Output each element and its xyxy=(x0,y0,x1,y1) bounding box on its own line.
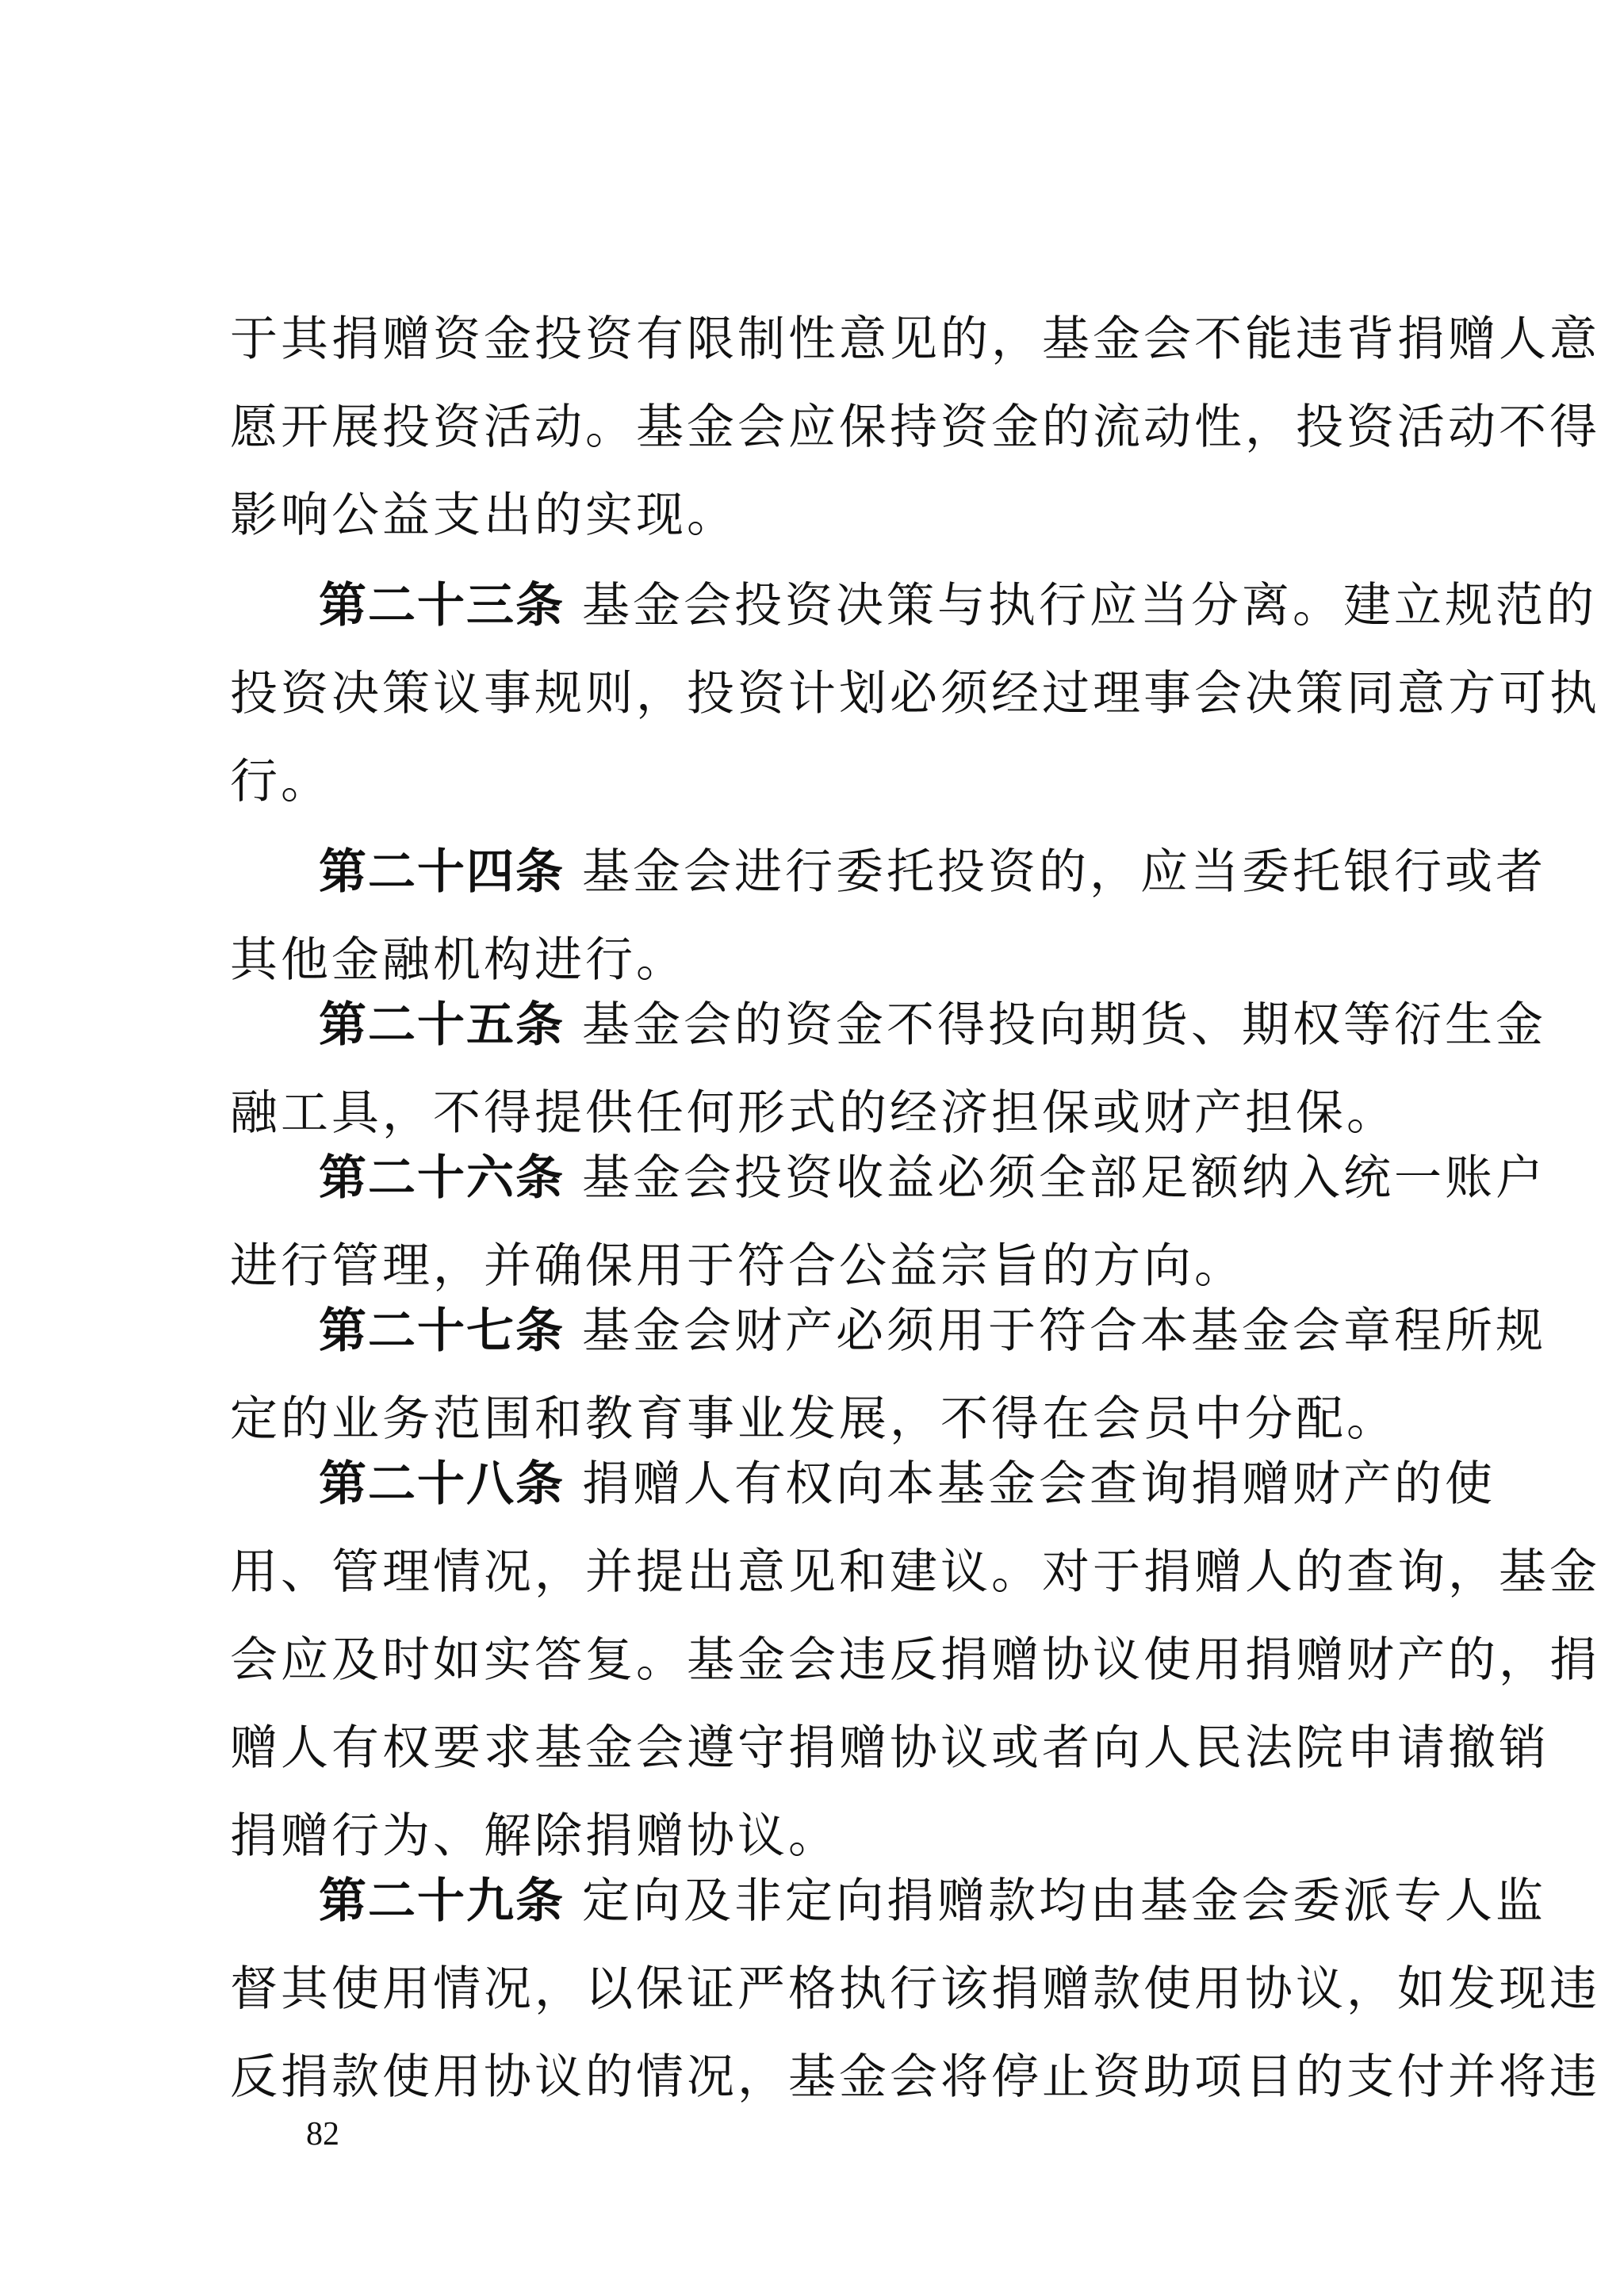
document-page: 于其捐赠资金投资有限制性意见的，基金会不能违背捐赠人意 愿开展投资活动。基金会应… xyxy=(0,0,1624,2296)
article-number: 第二十六条 xyxy=(319,1150,565,1206)
line-text: 愿开展投资活动。基金会应保持资金的流动性，投资活动不得 xyxy=(230,400,1600,455)
line-text: 其他金融机构进行。 xyxy=(230,932,687,988)
line-text: 反捐款使用协议的情况，基金会将停止资助项目的支付并将违 xyxy=(230,2049,1600,2105)
line-text: 定的业务范围和教育事业发展，不得在会员中分配。 xyxy=(230,1391,1397,1447)
line-text: 赠人有权要求基金会遵守捐赠协议或者向人民法院申请撤销 xyxy=(230,1720,1549,1776)
line-text: 基金会财产必须用于符合本基金会章程所规 xyxy=(582,1303,1546,1359)
article-number: 第二十四条 xyxy=(319,844,565,900)
article-27-heading-line: 第二十七条基金会财产必须用于符合本基金会章程所规 xyxy=(230,1293,1404,1369)
line-text: 投资决策议事规则，投资计划必须经过理事会决策同意方可执 xyxy=(230,666,1600,721)
article-number: 第二十七条 xyxy=(319,1303,565,1359)
article-24-heading-line: 第二十四条基金会进行委托投资的，应当委托银行或者 xyxy=(230,834,1404,910)
article-23-heading-line: 第二十三条基金会投资决策与执行应当分离。建立规范的 xyxy=(230,568,1404,644)
line-text: 督其使用情况，以保证严格执行该捐赠款使用协议，如发现违 xyxy=(230,1961,1600,2017)
text-line: 会应及时如实答复。基金会违反捐赠协议使用捐赠财产的，捐 xyxy=(230,1622,1404,1698)
line-text: 进行管理，并确保用于符合公益宗旨的方向。 xyxy=(230,1238,1245,1294)
line-text: 于其捐赠资金投资有限制性意见的，基金会不能违背捐赠人意 xyxy=(230,312,1600,367)
line-text: 影响公益支出的实现。 xyxy=(230,488,737,543)
line-text: 会应及时如实答复。基金会违反捐赠协议使用捐赠财产的，捐 xyxy=(230,1632,1600,1688)
page-number: 82 xyxy=(306,2115,339,2153)
text-line: 督其使用情况，以保证严格执行该捐赠款使用协议，如发现违 xyxy=(230,1951,1404,2027)
line-text: 行。 xyxy=(230,754,331,809)
article-28-heading-line: 第二十八条捐赠人有权向本基金会查询捐赠财产的使 xyxy=(230,1446,1404,1522)
line-text: 融工具，不得提供任何形式的经济担保或财产担保。 xyxy=(230,1085,1397,1141)
line-text: 基金会投资决策与执行应当分离。建立规范的 xyxy=(582,578,1597,633)
article-26-heading-line: 第二十六条基金会投资收益必须全部足额纳入统一账户 xyxy=(230,1140,1404,1216)
text-line: 投资决策议事规则，投资计划必须经过理事会决策同意方可执 xyxy=(230,656,1404,732)
line-text: 基金会的资金不得投向期货、期权等衍生金 xyxy=(582,997,1546,1053)
article-number: 第二十九条 xyxy=(319,1873,565,1929)
article-29-heading-line: 第二十九条定向及非定向捐赠款均由基金会委派专人监 xyxy=(230,1863,1404,1939)
text-line: 用、管理情况，并提出意见和建议。对于捐赠人的查询，基金 xyxy=(230,1534,1404,1610)
line-text: 基金会投资收益必须全部足额纳入统一账户 xyxy=(582,1150,1546,1206)
text-line: 行。 xyxy=(230,744,1404,820)
text-line: 于其捐赠资金投资有限制性意见的，基金会不能违背捐赠人意 xyxy=(230,301,1404,377)
line-text: 用、管理情况，并提出意见和建议。对于捐赠人的查询，基金 xyxy=(230,1544,1600,1600)
line-text: 定向及非定向捐赠款均由基金会委派专人监 xyxy=(582,1873,1546,1929)
article-number: 第二十五条 xyxy=(319,997,565,1053)
line-text: 捐赠人有权向本基金会查询捐赠财产的使 xyxy=(582,1456,1496,1512)
line-text: 基金会进行委托投资的，应当委托银行或者 xyxy=(582,844,1546,900)
article-number: 第二十三条 xyxy=(319,578,565,633)
text-line: 愿开展投资活动。基金会应保持资金的流动性，投资活动不得 xyxy=(230,389,1404,465)
text-line: 赠人有权要求基金会遵守捐赠协议或者向人民法院申请撤销 xyxy=(230,1710,1404,1786)
line-text: 捐赠行为、解除捐赠协议。 xyxy=(230,1808,839,1864)
article-25-heading-line: 第二十五条基金会的资金不得投向期货、期权等衍生金 xyxy=(230,987,1404,1063)
text-line: 影响公益支出的实现。 xyxy=(230,477,1404,553)
text-line: 反捐款使用协议的情况，基金会将停止资助项目的支付并将违 xyxy=(230,2039,1404,2115)
article-number: 第二十八条 xyxy=(319,1456,565,1512)
